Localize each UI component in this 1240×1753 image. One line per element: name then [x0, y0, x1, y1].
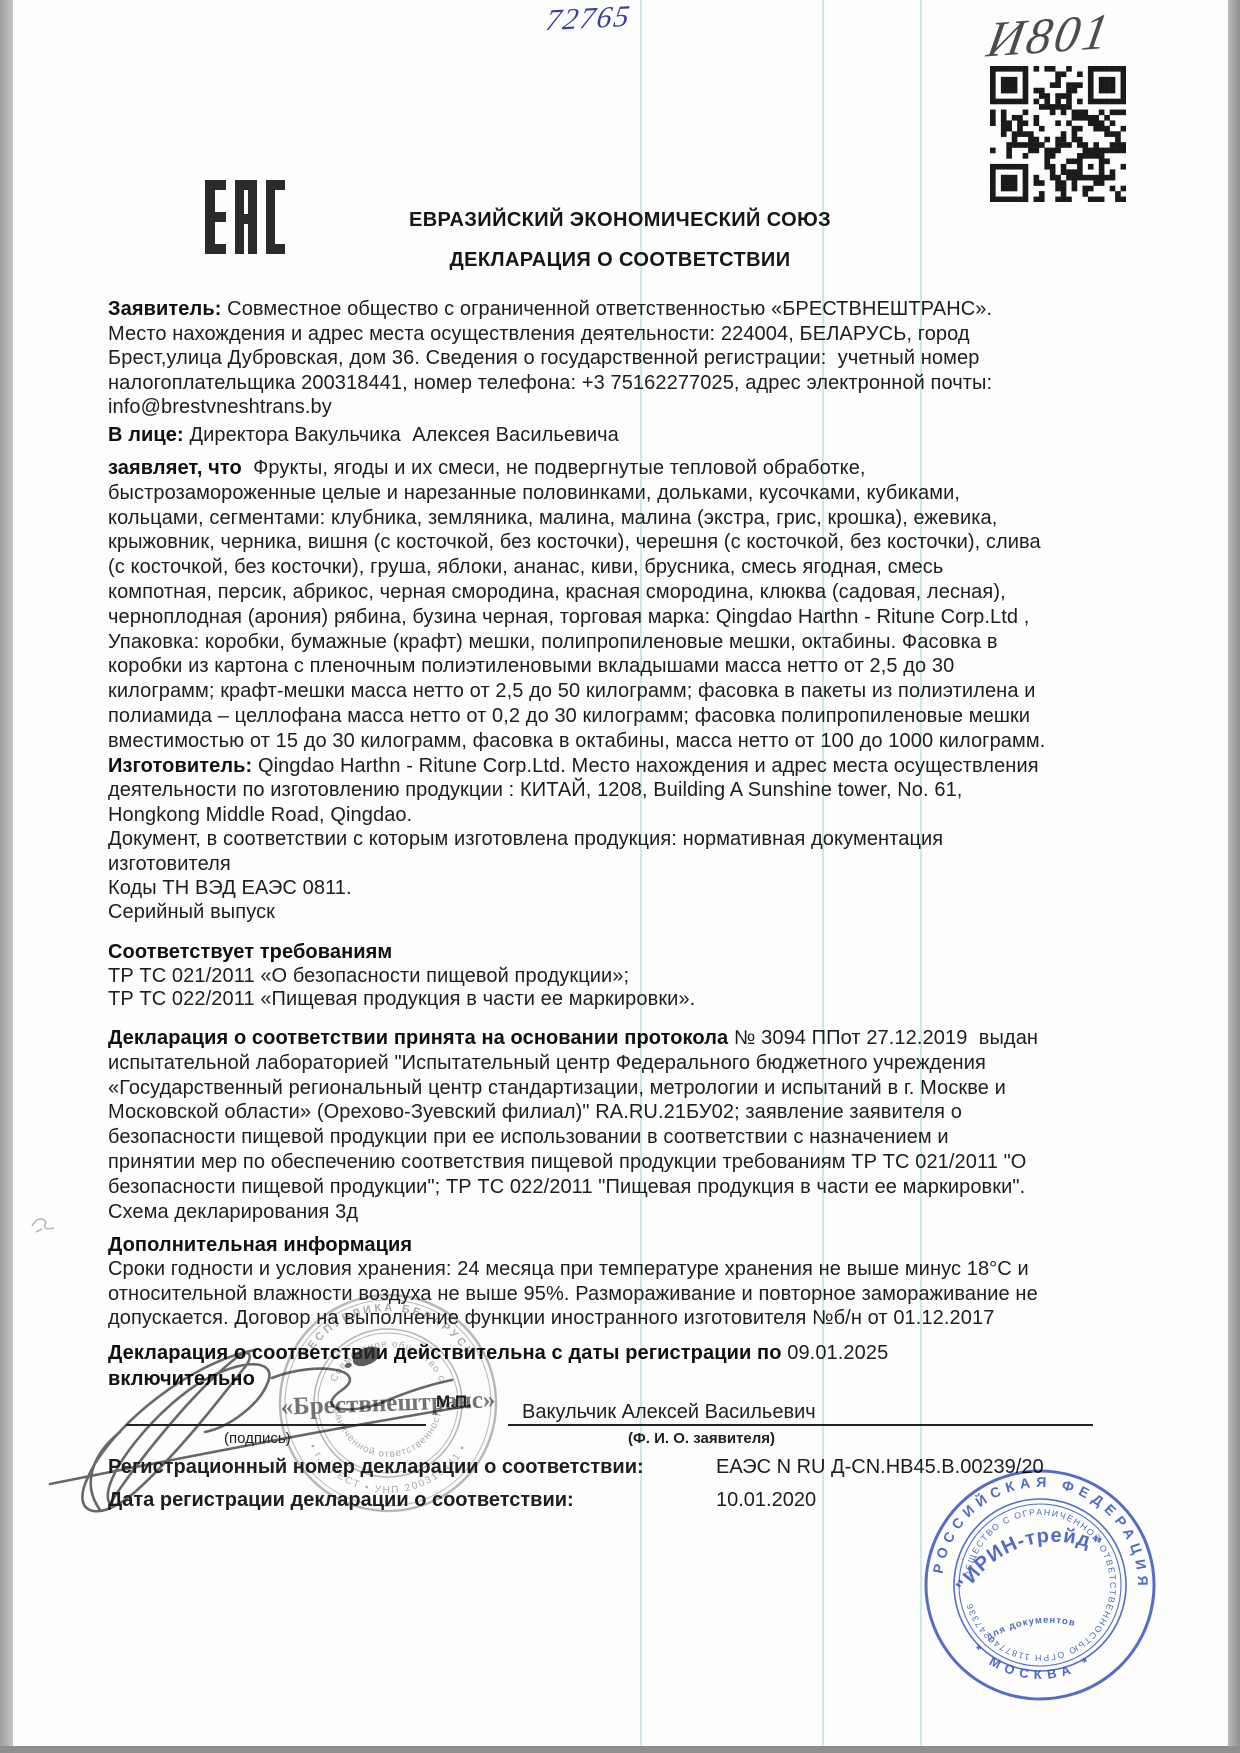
basis-paragraph: Декларация о соответствии принята на осн…	[108, 1026, 1038, 1224]
text-line: изготовителя	[108, 852, 1039, 876]
text-line: заявляет, что Фрукты, ягоды и их смеси, …	[108, 456, 1045, 481]
text-line: Декларация о соответствии принята на осн…	[108, 1026, 1038, 1051]
text-line: «Государственный региональный центр стан…	[108, 1076, 1038, 1101]
text-line: В лице: Директора Вакульчика Алексея Вас…	[108, 423, 619, 448]
text-line: Соответствует требованиям	[108, 941, 695, 965]
text-line: безопасности пищевой продукции при ее ис…	[108, 1125, 1038, 1150]
manufacturer-paragraph: Изготовитель: Qingdao Harthn - Ritune Co…	[108, 754, 1039, 925]
reg-number-label: Регистрационный номер декларации о соотв…	[108, 1456, 644, 1479]
additional-info-paragraph: Дополнительная информацияСроки годности …	[108, 1233, 1038, 1331]
text-line: (с косточкой, без косточки), груша, ябло…	[108, 555, 1045, 580]
text-line: Изготовитель: Qingdao Harthn - Ritune Co…	[108, 754, 1039, 778]
text-line: Заявитель: Совместное общество с огранич…	[108, 297, 992, 322]
text-line: полиамида – целлофана масса нетто от 0,2…	[108, 704, 1045, 729]
text-line: вместимостью от 15 до 30 килограмм, фасо…	[108, 729, 1045, 754]
text-line: Брест,улица Дубровская, дом 36. Сведения…	[108, 346, 992, 371]
text-line: Серийный выпуск	[108, 900, 1039, 924]
irin-trade-stamp: РОССИЙСКАЯ ФЕДЕРАЦИЯ * МОСКВА * ОБЩЕСТВО…	[910, 1455, 1170, 1715]
scan-edge-bottom	[0, 1746, 1240, 1753]
compliance-paragraph: Соответствует требованиямТР ТС 021/2011 …	[108, 941, 695, 1012]
text-line: испытательной лабораторией "Испытательны…	[108, 1051, 1038, 1076]
text-line: допускается. Договор на выполнение функц…	[108, 1306, 1038, 1330]
applicant-name: Вакульчик Алексей Васильевич	[522, 1401, 816, 1424]
svg-text:РЕСПУБЛИКА БЕЛАРУСЬ: РЕСПУБЛИКА БЕЛАРУСЬ	[300, 1302, 477, 1360]
document-page: 72765 И801 ЕВРАЗИЙСКИЙ ЭКОНОМИЧЕСКИЙ СОЮ…	[0, 0, 1240, 1753]
applicant-stamp: РЕСПУБЛИКА БЕЛАРУСЬ • г. БРЕСТ • УНП 200…	[268, 1283, 508, 1523]
text-line: ТР ТС 021/2011 «О безопасности пищевой п…	[108, 965, 695, 989]
text-line: налогоплательщика 200318441, номер телеф…	[108, 371, 992, 396]
union-title: ЕВРАЗИЙСКИЙ ЭКОНОМИЧЕСКИЙ СОЮЗ	[100, 209, 1140, 232]
mp-label: М.П.	[436, 1392, 472, 1412]
text-line: быстрозамороженные целые и нарезанные по…	[108, 481, 1045, 506]
text-line: безопасности пищевой продукции"; ТР ТС 0…	[108, 1175, 1038, 1200]
doc-title: ДЕКЛАРАЦИЯ О СООТВЕТСТВИИ	[100, 249, 1140, 272]
text-line: Место нахождения и адрес места осуществл…	[108, 322, 992, 347]
representative-line: В лице: Директора Вакульчика Алексея Вас…	[108, 423, 619, 448]
text-line: коробки из картона с пленочным полиэтиле…	[108, 654, 1045, 679]
product-declaration-paragraph: заявляет, что Фрукты, ягоды и их смеси, …	[108, 456, 1045, 754]
text-line: info@brestvneshtrans.by	[108, 395, 992, 420]
text-line: Упаковка: коробки, бумажные (крафт) мешк…	[108, 630, 1045, 655]
text-line: компотная, персик, абрикос, черная сморо…	[108, 580, 1045, 605]
signature-line	[126, 1424, 426, 1426]
handwritten-mark: И801	[983, 1, 1116, 68]
text-line: ТР ТС 022/2011 «Пищевая продукция в част…	[108, 988, 695, 1012]
text-line: относительной влажности воздуха не выше …	[108, 1282, 1038, 1306]
reg-date-label: Дата регистрации декларации о соответств…	[108, 1489, 574, 1512]
text-line: Схема декларирования 3д	[108, 1200, 1038, 1225]
applicant-paragraph: Заявитель: Совместное общество с огранич…	[108, 297, 992, 420]
text-line: Сроки годности и условия хранения: 24 ме…	[108, 1257, 1038, 1281]
text-line: Дополнительная информация	[108, 1233, 1038, 1257]
name-caption: (Ф. И. О. заявителя)	[628, 1430, 775, 1447]
text-line: деятельности по изготовлению продукции :…	[108, 778, 1039, 802]
scan-edge-left	[0, 0, 13, 1753]
text-line: черноплодная (арония) рябина, бузина чер…	[108, 605, 1045, 630]
qr-code	[990, 66, 1126, 202]
text-line: принятии мер по обеспечению соответствия…	[108, 1150, 1038, 1175]
sign-caption: (подпись)	[224, 1430, 291, 1447]
text-line: Коды ТН ВЭД ЕАЭС 0811.	[108, 876, 1039, 900]
handwritten-number: 72765	[543, 0, 633, 38]
text-line: килограмм; крафт-мешки масса нетто от 2,…	[108, 679, 1045, 704]
text-line: крыжовник, черника, вишня (с косточкой, …	[108, 530, 1045, 555]
text-line: Московской области» (Орехово-Зуевский фи…	[108, 1100, 1038, 1125]
text-line: Hongkong Middle Road, Qingdao.	[108, 803, 1039, 827]
reg-date-value: 10.01.2020	[716, 1489, 816, 1512]
scan-edge-right	[1228, 0, 1240, 1753]
text-line: кольцами, сегментами: клубника, земляник…	[108, 506, 1045, 531]
svg-text:Совместное общество с: Совместное общество с	[329, 1339, 448, 1384]
text-line: Документ, в соответствии с которым изгот…	[108, 827, 1039, 851]
pencil-mark	[30, 1210, 60, 1236]
name-line	[508, 1424, 1093, 1426]
